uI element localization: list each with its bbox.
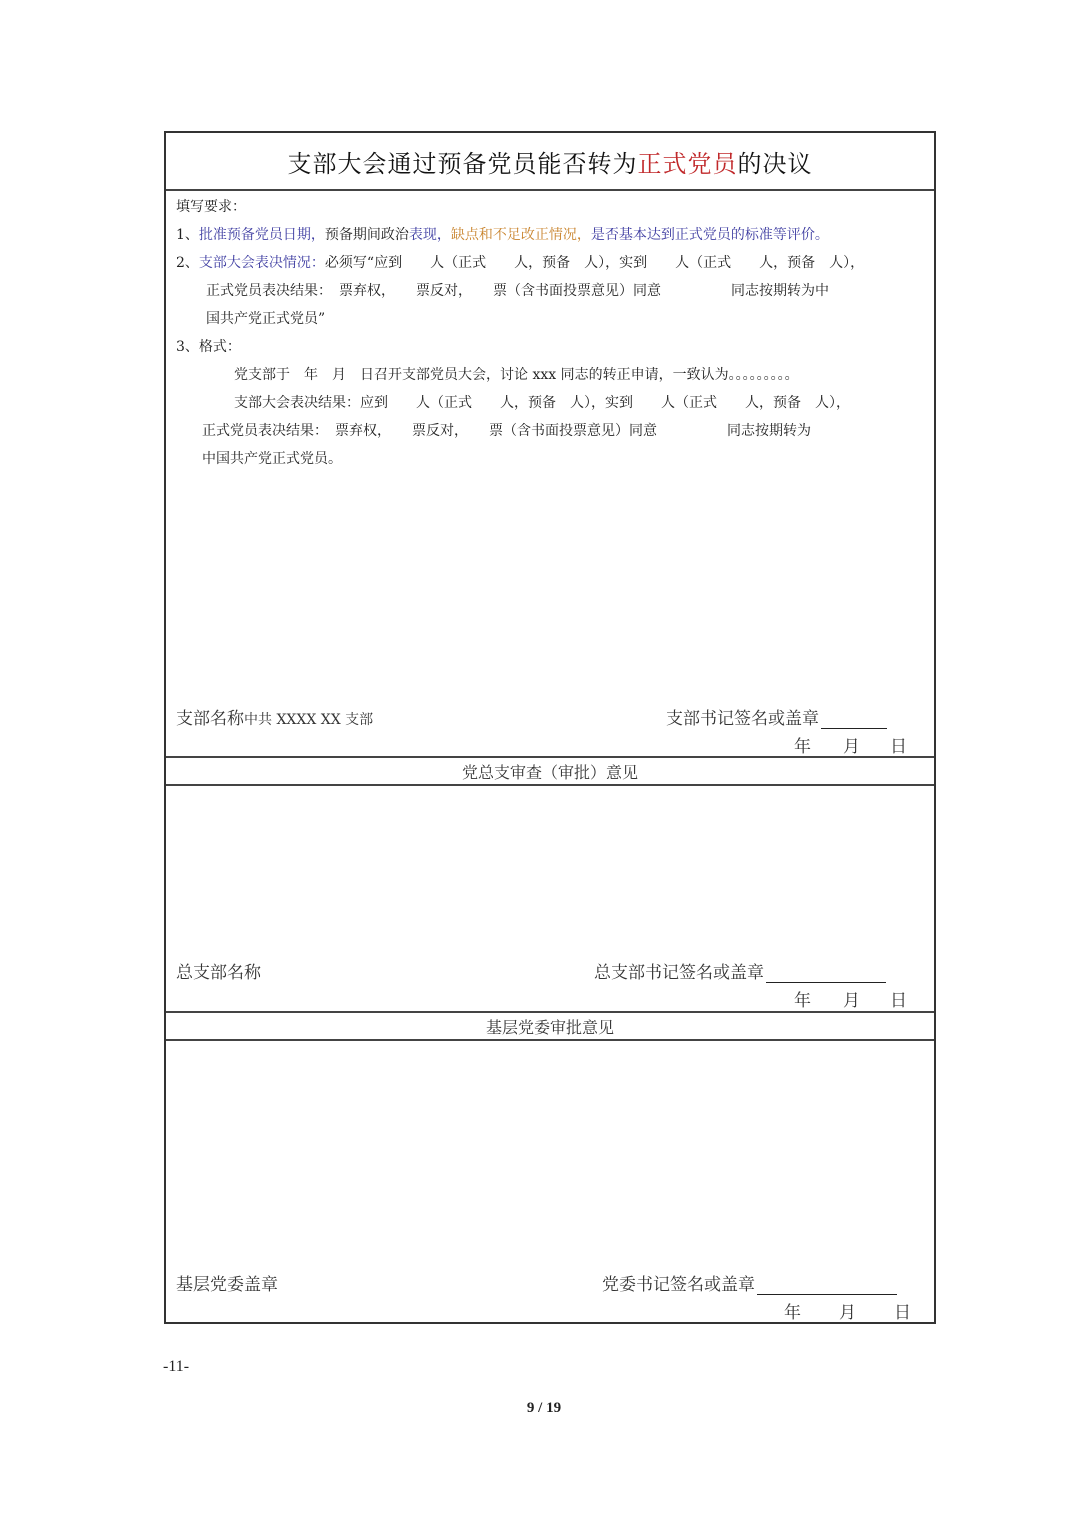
title-suffix: 的决议 — [738, 144, 813, 179]
branch-resolution-section: 填写要求： 1、批准预备党员日期，预备期间政治表现，缺点和不足改正情况，是否基本… — [166, 191, 934, 758]
committee-date: 年月日 — [784, 1298, 911, 1323]
viewer-page-indicator: 9 / 19 — [0, 1400, 1080, 1417]
signature-line[interactable] — [821, 710, 887, 729]
document-page-number: -11- — [163, 1358, 189, 1376]
general-branch-secretary-signature: 总支部书记签名或盖章 — [594, 958, 886, 983]
title-text: 支部大会通过预备党员能否转为 — [288, 144, 638, 179]
instruction-item-2-line3: 国共产党正式党员” — [176, 305, 926, 333]
instruction-item-3: 3、格式： — [176, 333, 926, 361]
branch-name-value: 中共 XXXX XX 支部 — [244, 712, 373, 728]
general-branch-date: 年月日 — [794, 986, 907, 1011]
grassroots-committee-header: 基层党委审批意见 — [166, 1013, 934, 1041]
instruction-item-2-line2: 正式党员表决结果： 票弃权， 票反对， 票（含书面投票意见）同意 同志按期转为中 — [176, 277, 926, 305]
signature-line[interactable] — [757, 1276, 897, 1295]
instructions-heading: 填写要求： — [176, 193, 926, 221]
committee-seal: 基层党委盖章 — [176, 1270, 278, 1295]
committee-secretary-signature: 党委书记签名或盖章 — [602, 1270, 897, 1295]
format-line-1: 党支部于 年 月 日召开支部党员大会，讨论 xxx 同志的转正申请，一致认为。。… — [176, 361, 926, 389]
title-highlight: 正式党员 — [638, 144, 738, 179]
form-title: 支部大会通过预备党员能否转为正式党员的决议 — [166, 133, 934, 191]
resolution-form: 支部大会通过预备党员能否转为正式党员的决议 填写要求： 1、批准预备党员日期，预… — [164, 131, 936, 1324]
branch-secretary-signature: 支部书记签名或盖章 — [666, 704, 887, 729]
branch-name: 支部名称中共 XXXX XX 支部 — [176, 704, 373, 729]
format-line-3: 正式党员表决结果： 票弃权， 票反对， 票（含书面投票意见）同意 同志按期转为 — [176, 417, 926, 445]
general-branch-name: 总支部名称 — [176, 958, 261, 983]
format-line-2: 支部大会表决结果：应到 人（正式 人，预备 人），实到 人（正式 人，预备 人）… — [176, 389, 926, 417]
grassroots-committee-section: 基层党委盖章 党委书记签名或盖章 年月日 — [166, 1041, 934, 1324]
signature-line[interactable] — [766, 964, 886, 983]
general-branch-section: 总支部名称 总支部书记签名或盖章 年月日 — [166, 786, 934, 1013]
branch-date: 年月日 — [794, 732, 907, 757]
instruction-item-1: 1、批准预备党员日期，预备期间政治表现，缺点和不足改正情况，是否基本达到正式党员… — [176, 221, 926, 249]
format-line-4: 中国共产党正式党员。 — [176, 445, 926, 473]
instructions: 填写要求： 1、批准预备党员日期，预备期间政治表现，缺点和不足改正情况，是否基本… — [176, 193, 926, 473]
instruction-item-2: 2、支部大会表决情况：必须写“应到 人（正式 人，预备 人），实到 人（正式 人… — [176, 249, 926, 277]
general-branch-review-header: 党总支审查（审批）意见 — [166, 758, 934, 786]
